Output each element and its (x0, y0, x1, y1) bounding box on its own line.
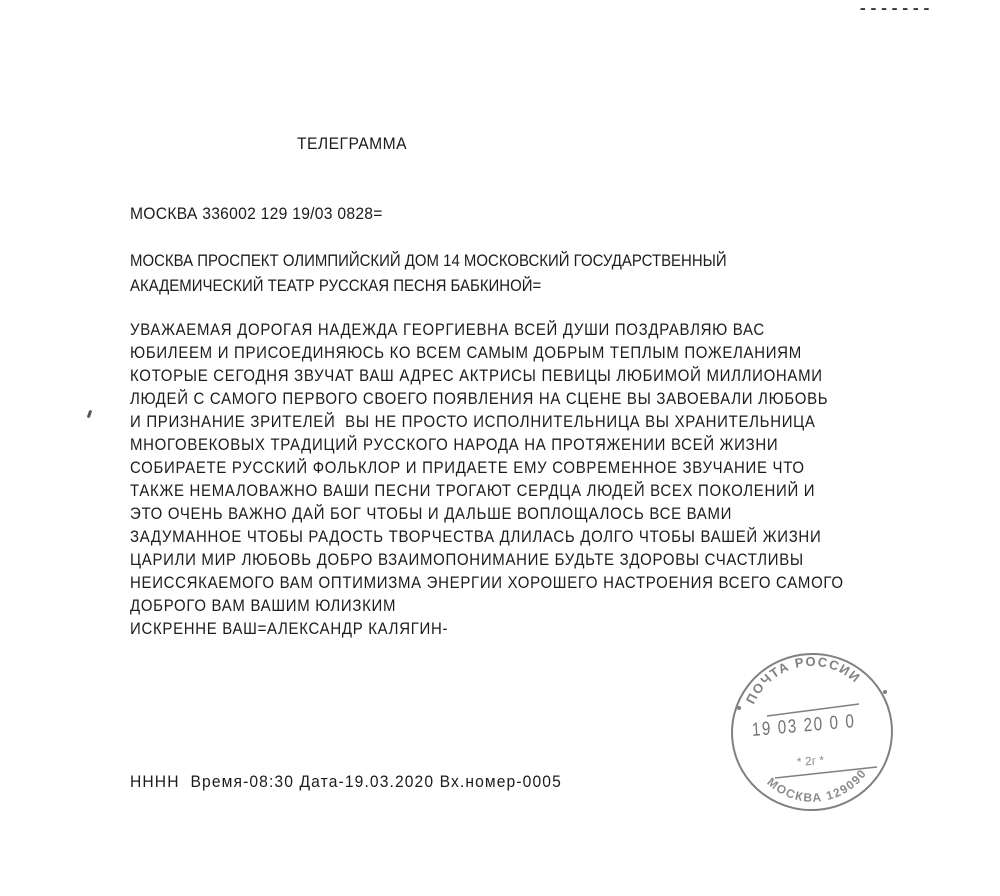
body-line: И ПРИЗНАНИЕ ЗРИТЕЛЕЙ ВЫ НЕ ПРОСТО ИСПОЛН… (130, 410, 844, 433)
body-line: ЛЮДЕЙ С САМОГО ПЕРВОГО СВОЕГО ПОЯВЛЕНИЯ … (130, 387, 844, 410)
delivery-footer: НННН Время-08:30 Дата-19.03.2020 Вх.номе… (130, 772, 562, 792)
margin-mark (87, 410, 93, 419)
body-line: ЗАДУМАННОЕ ЧТОБЫ РАДОСТЬ ТВОРЧЕСТВА ДЛИЛ… (130, 525, 844, 548)
postal-stamp: ПОЧТА РОССИИ МОСКВА 129090 19 03 20 0 0 … (727, 650, 897, 815)
body-line: ЭТО ОЧЕНЬ ВАЖНО ДАЙ БОГ ЧТОБЫ И ДАЛЬШЕ В… (130, 502, 844, 525)
body-line: СОБИРАЕТЕ РУССКИЙ ФОЛЬКЛОР И ПРИДАЕТЕ ЕМ… (130, 456, 844, 479)
body-line: ЮБИЛЕЕМ И ПРИСОЕДИНЯЮСЬ КО ВСЕМ САМЫМ ДО… (130, 341, 844, 364)
address-line: МОСКВА ПРОСПЕКТ ОЛИМПИЙСКИЙ ДОМ 14 МОСКО… (130, 248, 727, 273)
body-line: ЦАРИЛИ МИР ЛЮБОВЬ ДОБРО ВЗАИМОПОНИМАНИЕ … (130, 548, 844, 571)
telegram-header: МОСКВА 336002 129 19/03 0828= (130, 204, 383, 224)
address-line: АКАДЕМИЧЕСКИЙ ТЕАТР РУССКАЯ ПЕСНЯ БАБКИН… (130, 273, 727, 298)
body-line: ДОБРОГО ВАМ ВАШИМ ЮЛИЗКИМ (130, 594, 844, 617)
body-line: ТАКЖЕ НЕМАЛОВАЖНО ВАШИ ПЕСНИ ТРОГАЮТ СЕР… (130, 479, 844, 502)
document-title: ТЕЛЕГРАММА (297, 134, 407, 154)
stamp-office-code: * 2г * (797, 753, 825, 769)
body-line: НЕИССЯКАЕМОГО ВАМ ОПТИМИЗМА ЭНЕРГИИ ХОРО… (130, 571, 844, 594)
body-line: КОТОРЫЕ СЕГОДНЯ ЗВУЧАТ ВАШ АДРЕС АКТРИСЫ… (130, 364, 844, 387)
signature-line: ИСКРЕННЕ ВАШ=АЛЕКСАНДР КАЛЯГИН- (130, 617, 844, 640)
body-line: МНОГОВЕКОВЫХ ТРАДИЦИЙ РУССКОГО НАРОДА НА… (130, 433, 844, 456)
top-marker: ------- (858, 0, 932, 18)
recipient-address: МОСКВА ПРОСПЕКТ ОЛИМПИЙСКИЙ ДОМ 14 МОСКО… (130, 248, 808, 298)
body-line: УВАЖАЕМАЯ ДОРОГАЯ НАДЕЖДА ГЕОРГИЕВНА ВСЕ… (130, 318, 844, 341)
message-body: УВАЖАЕМАЯ ДОРОГАЯ НАДЕЖДА ГЕОРГИЕВНА ВСЕ… (130, 318, 941, 640)
